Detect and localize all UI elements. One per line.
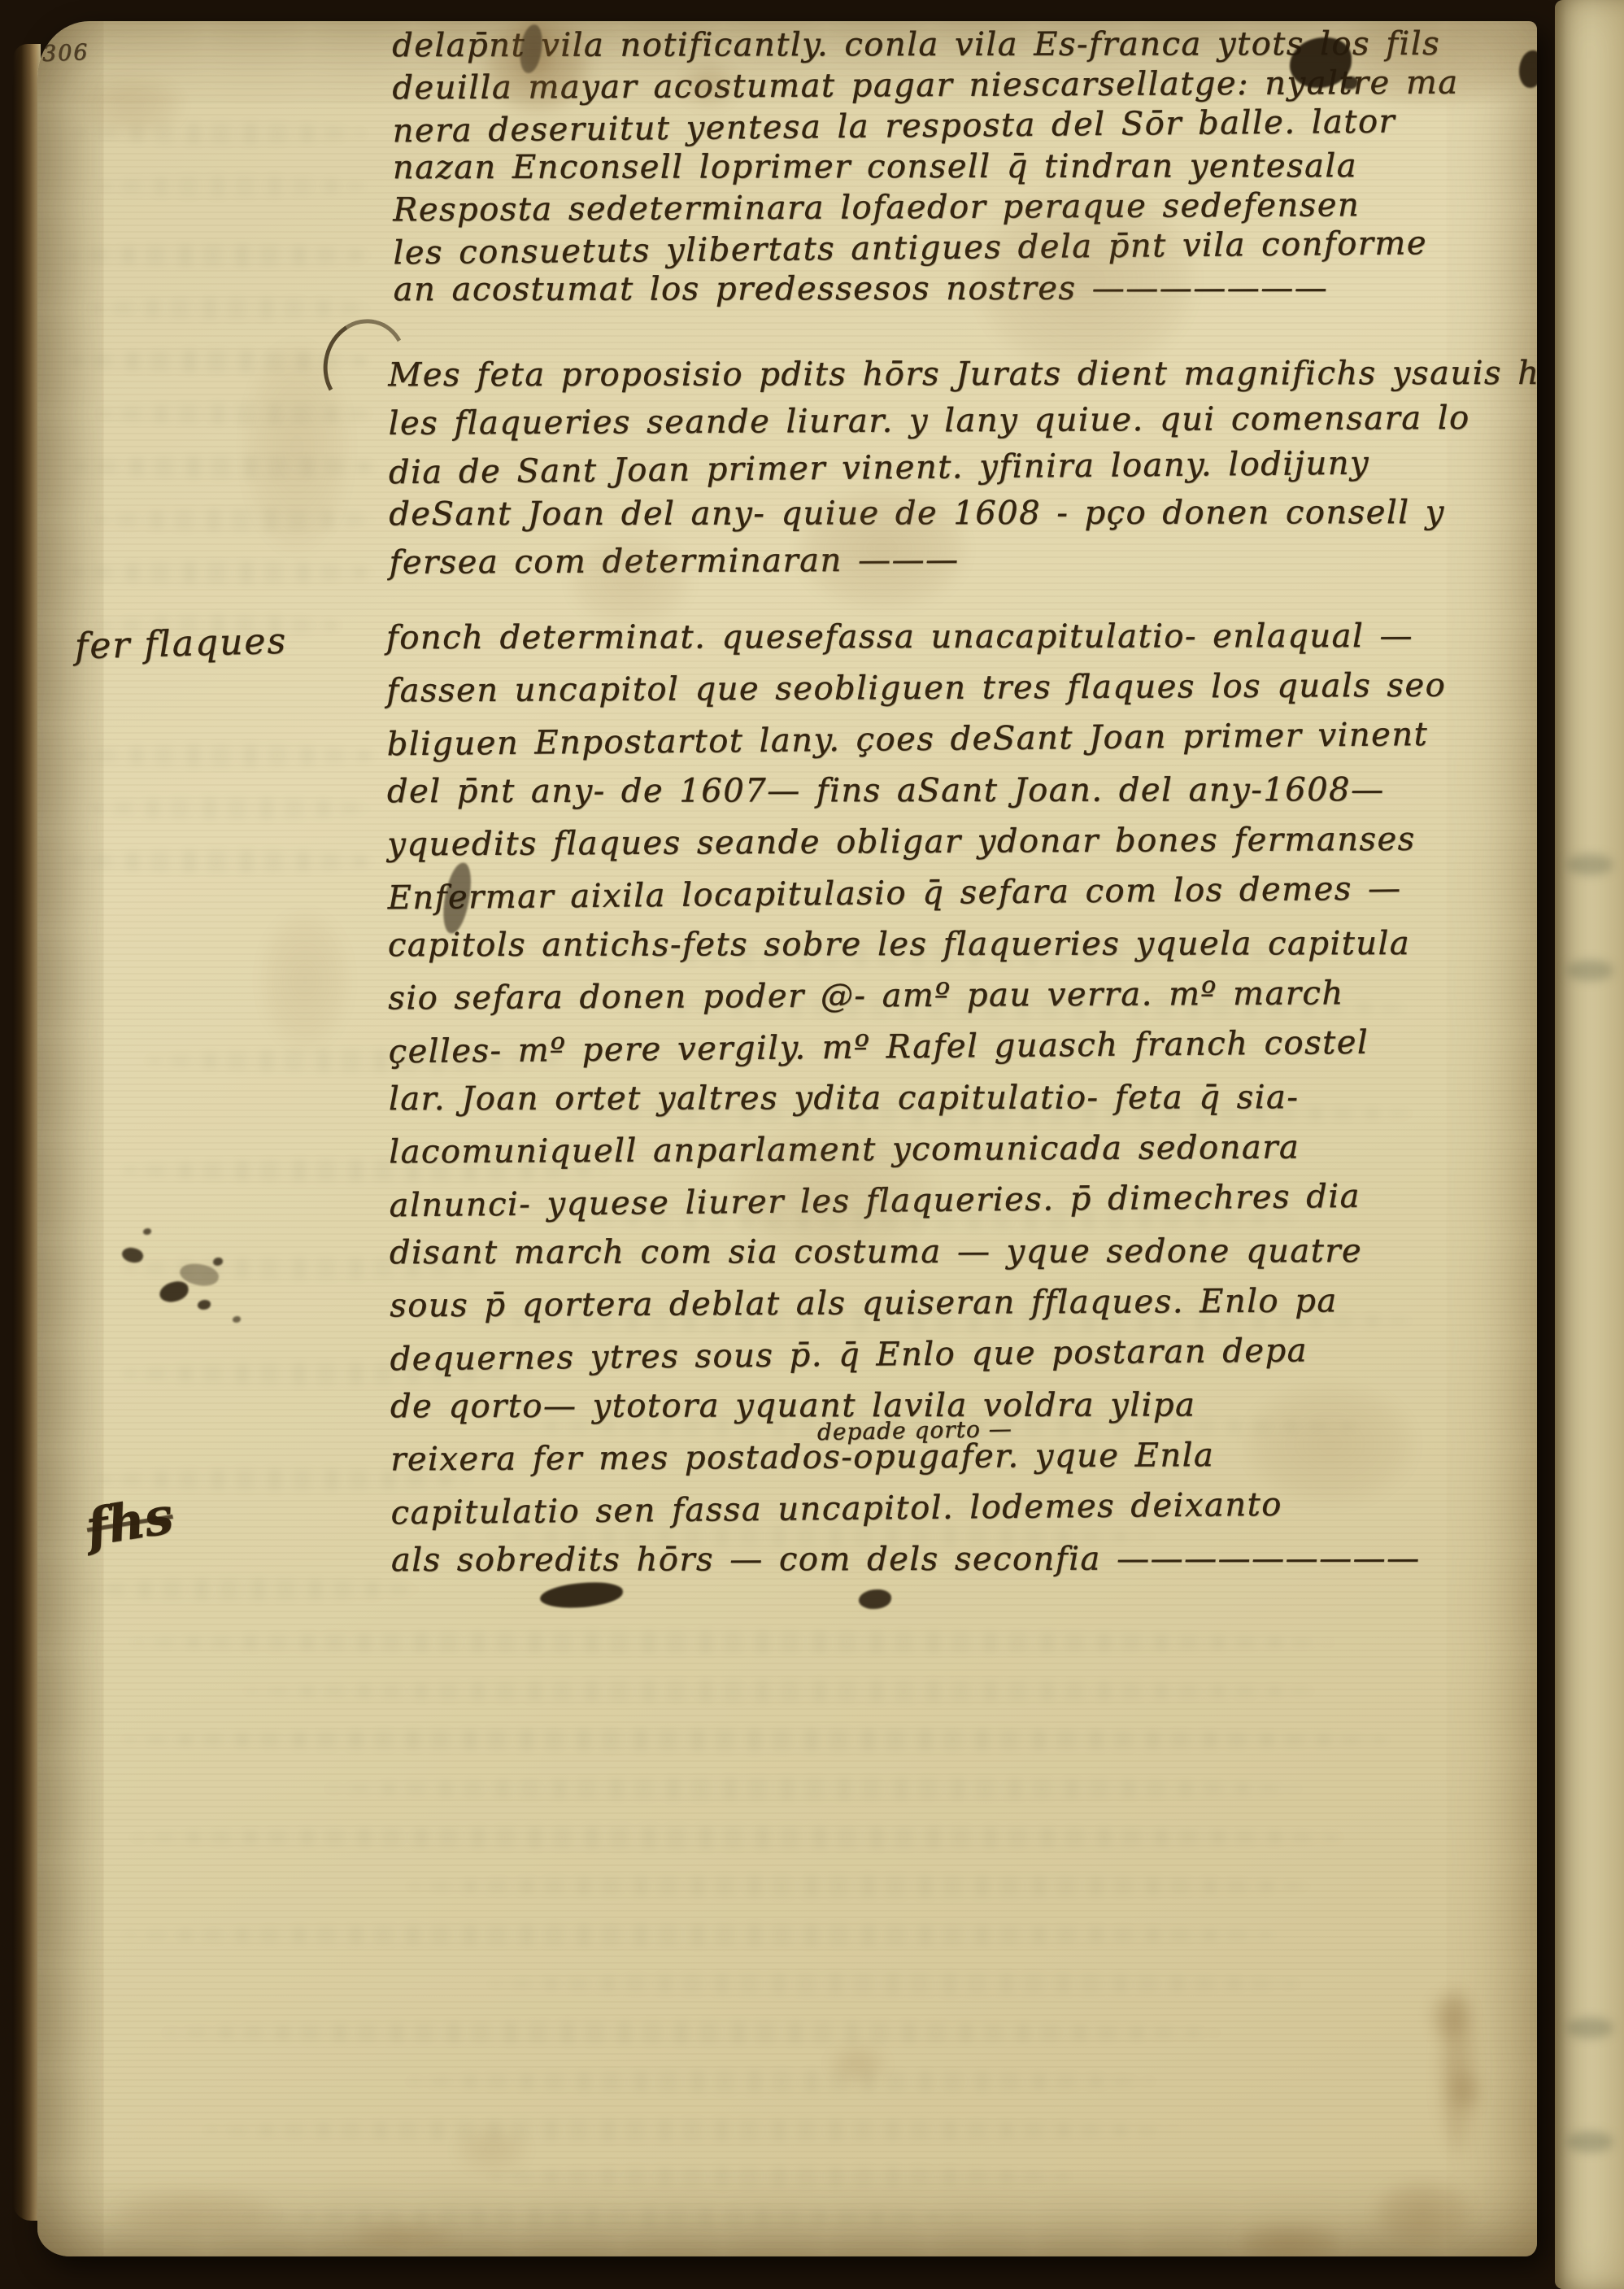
bleedthrough-line xyxy=(69,850,378,873)
manuscript-line: an acostumat los predessesos nostres ———… xyxy=(394,268,1460,310)
paper-stain xyxy=(829,2046,886,2082)
paper-stain xyxy=(1236,2225,1342,2256)
paper-stain xyxy=(244,342,350,553)
bleedthrough-mark xyxy=(1566,960,1613,981)
manuscript-line: fonch determinat. quesefassa unacapitula… xyxy=(386,611,1446,664)
bleedthrough-line xyxy=(407,1875,1317,1898)
bleedthrough-line xyxy=(89,797,374,820)
manuscript-line: çelles- mº pere vergily. mº Rafel guasch… xyxy=(388,1017,1448,1079)
bleedthrough-line xyxy=(146,1049,569,1072)
bleedthrough-line xyxy=(98,614,342,637)
paper-stain xyxy=(455,2127,529,2172)
paper-stain xyxy=(77,77,183,134)
paper-stain xyxy=(683,63,735,106)
bleedthrough-line xyxy=(122,1924,1277,1947)
bleedthrough-line xyxy=(163,2021,1220,2044)
book-page-edges xyxy=(13,44,41,2221)
ink-blot xyxy=(233,1316,241,1323)
manuscript-line: fassen uncapitol que seobliguen tres fla… xyxy=(386,661,1446,717)
bleedthrough-line xyxy=(98,175,366,198)
bleedthrough-line xyxy=(488,1415,1366,1438)
bleedthrough-mark xyxy=(1566,2131,1613,2152)
paper-stain xyxy=(732,1123,935,1261)
paper-stain xyxy=(260,911,350,1049)
paper-stain xyxy=(350,2222,455,2251)
paper-stain xyxy=(1374,2180,1472,2245)
manuscript-line: nazan Enconsell loprimer consell q̄ tind… xyxy=(393,146,1459,188)
folio-number: 306 xyxy=(41,40,89,67)
bleedthrough-line xyxy=(122,1362,529,1385)
bleedthrough-line xyxy=(569,1102,1415,1125)
bleedthrough-line xyxy=(569,944,1301,966)
bleedthrough-line xyxy=(618,996,1415,1019)
paper-stain xyxy=(1449,2070,1482,2111)
manuscript-line: bliguen Enpostartot lany. çoes deSant Jo… xyxy=(386,709,1446,771)
bleedthrough-line xyxy=(130,1826,1350,1849)
bleedthrough-line xyxy=(244,2206,976,2229)
page-surface: 306 delap̄nt vila notificantly. conla vi… xyxy=(37,21,1537,2256)
bleedthrough-line xyxy=(98,1468,472,1491)
next-page-sliver xyxy=(1555,0,1624,2289)
manuscript-line: Enfermar aixila locapitulasio q̄ sefara … xyxy=(387,863,1447,925)
manuscript-line: les consuetuts ylibertats antigues dela … xyxy=(393,223,1460,274)
bleedthrough-line xyxy=(488,1973,1301,1995)
bleedthrough-line xyxy=(244,1680,1317,1703)
bleedthrough-line xyxy=(81,1578,423,1601)
manuscript-line: dia de Sant Joan primer vinent. yfinira … xyxy=(389,438,1537,496)
paper-stain xyxy=(114,2188,276,2237)
bleedthrough-line xyxy=(65,244,374,267)
ink-blot xyxy=(158,1280,190,1304)
ink-blot xyxy=(859,1589,891,1609)
bleedthrough-line xyxy=(203,2119,1179,2142)
bleedthrough-line xyxy=(569,1208,1301,1231)
bleedthrough-line xyxy=(122,1257,488,1280)
ink-blot xyxy=(143,1228,151,1235)
bleedthrough-line xyxy=(73,744,382,767)
paper-stain xyxy=(569,537,691,626)
bleedthrough-mark xyxy=(1566,2017,1613,2038)
paper-stain xyxy=(797,488,968,610)
paper-stain xyxy=(1244,1383,1415,1505)
paper-stain xyxy=(976,187,1195,374)
bleedthrough-line xyxy=(130,1631,1334,1654)
bleedthrough-line xyxy=(89,297,374,320)
bleedthrough-line xyxy=(488,2165,1073,2188)
manuscript-line: disant march com sia costuma — yque sedo… xyxy=(390,1226,1449,1279)
bleedthrough-line xyxy=(407,2070,1155,2093)
manuscript-line: del p̄nt any- de 1607— fins aSant Joan. … xyxy=(387,765,1447,817)
margin-paraph-mark: fhs xyxy=(82,1485,177,1558)
manuscript-page: 306 delap̄nt vila notificantly. conla vi… xyxy=(37,21,1537,2256)
bleedthrough-line xyxy=(455,1310,1415,1332)
bleedthrough-line xyxy=(122,1159,610,1182)
manuscript-line: les flaqueries seande liurar. y lany qui… xyxy=(389,395,1537,447)
manuscript-scan: { "document": { "folio_number": "306", "… xyxy=(0,0,1624,2289)
manuscript-line: Mes feta proposisio pdits hōrs Jurats di… xyxy=(388,351,1537,399)
bleedthrough-line xyxy=(69,561,378,584)
bleedthrough-line xyxy=(122,1729,1391,1751)
bleedthrough-line xyxy=(325,1777,1301,1800)
paper-stain xyxy=(1430,1991,1472,2042)
bleedthrough-line xyxy=(488,1525,1155,1548)
ink-blot xyxy=(198,1300,211,1310)
bleedthrough-mark xyxy=(1566,854,1613,875)
manuscript-line: yquedits flaques seande obligar ydonar b… xyxy=(387,814,1447,871)
manuscript-line: dequernes ytres sous p̄. q̄ Enlo que pos… xyxy=(390,1324,1449,1386)
